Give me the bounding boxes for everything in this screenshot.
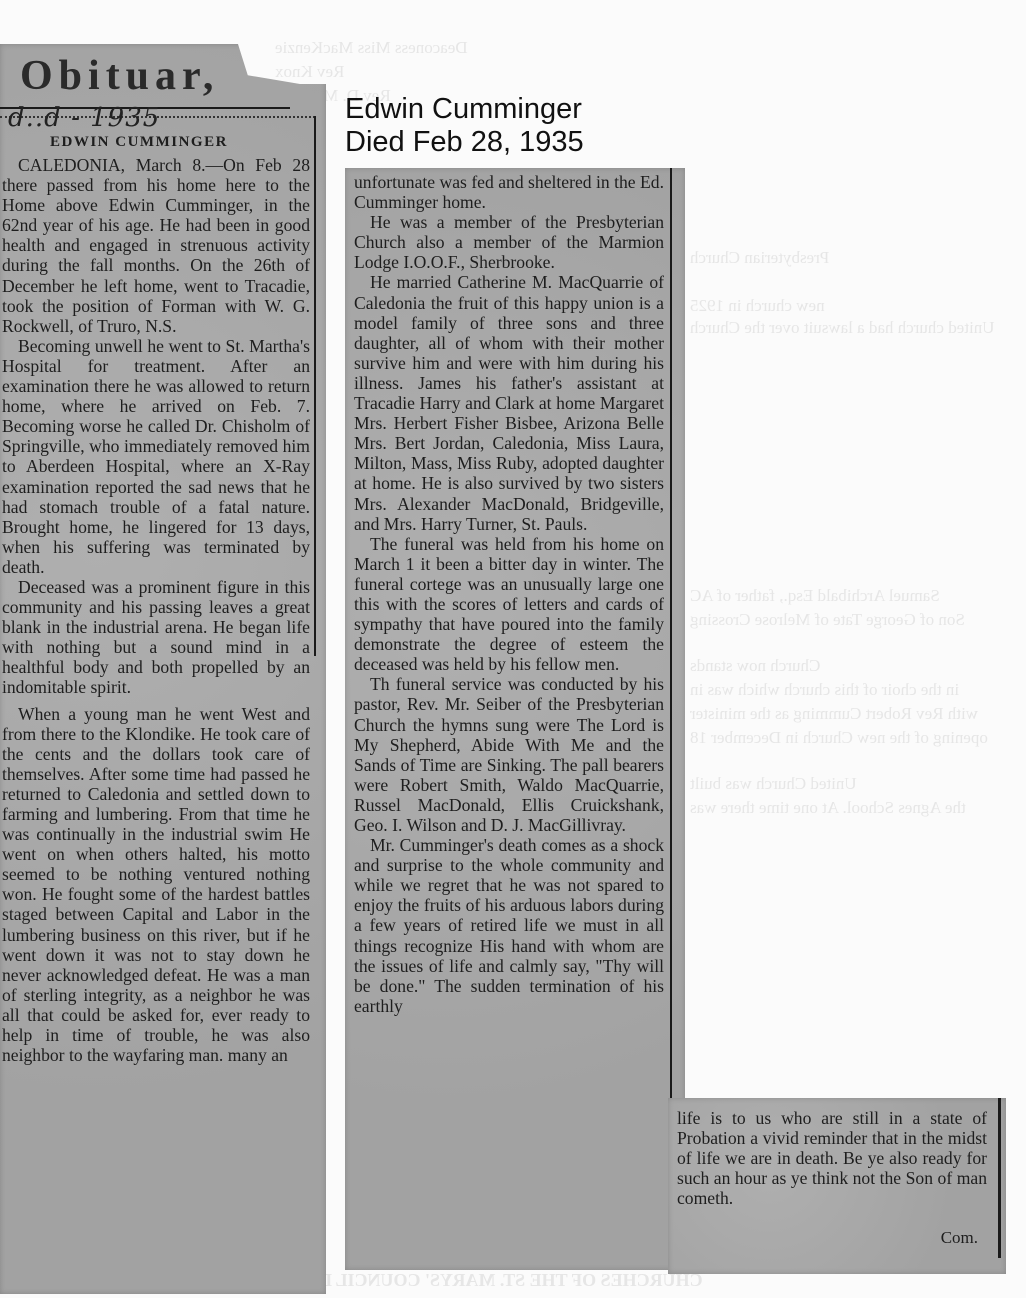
caption-name: Edwin Cumminger [345,93,584,126]
paragraph: The funeral was held from his home on Ma… [354,534,664,675]
paragraph: When a young man he went West and from t… [2,704,310,1066]
column-rule [670,168,672,1238]
bleedthrough-text: Presbyterian Church [690,248,829,268]
column-rule [314,116,316,656]
bleedthrough-text: United church had a lawsuit over the Chu… [690,318,995,338]
bleedthrough-text: Son of George Tate of Melrose Crossing [690,610,965,630]
signoff: Com. [941,1228,978,1248]
bleedthrough-text: opening of the new Church in December 18 [690,728,988,748]
bleedthrough-text: Samuel Archibald Esq., father of AC [690,586,940,606]
paragraph: Mr. Cumminger's death comes as a shock a… [354,835,664,1016]
paragraph: Becoming unwell he went to St. Martha's … [2,336,310,577]
headline: EDWIN CUMMINGER [50,134,228,151]
column-3: life is to us who are still in a state o… [677,1108,987,1208]
bleedthrough-text: Rev Knox [275,62,344,82]
paragraph: life is to us who are still in a state o… [677,1108,987,1208]
column-rule [998,1098,1001,1258]
caption: Edwin Cumminger Died Feb 28, 1935 [345,93,584,159]
bleedthrough-text: Church now stands [690,656,820,676]
bleedthrough-text: with Rev Robert Cumming as the minister [690,704,978,724]
paragraph: He was a member of the Presbyterian Chur… [354,212,664,272]
bleedthrough-text: United Church was built [690,774,857,794]
masthead: Obituar, [20,52,219,100]
bleedthrough-text: Deaconess Miss MacKenzie [275,38,468,58]
bleedthrough-text: the Agnes School. At one time there was [690,798,966,818]
handwritten-date: d..d - 1935 [8,103,160,133]
bleedthrough-text: new church in 1925 [690,296,825,316]
bleedthrough-text: in the choir of this church which was in [690,680,959,700]
paragraph: Deceased was a prominent figure in this … [2,577,310,698]
paragraph: He married Catherine M. MacQuarrie of Ca… [354,272,664,533]
paragraph: unfortunate was fed and sheltered in the… [354,172,664,212]
paragraph: CALEDONIA, March 8.—On Feb 28 there pass… [2,155,310,336]
paragraph: Th funeral service was conducted by his … [354,674,664,835]
caption-death-date: Died Feb 28, 1935 [345,126,584,159]
column-1: CALEDONIA, March 8.—On Feb 28 there pass… [2,155,310,1065]
column-2: unfortunate was fed and sheltered in the… [354,172,664,1016]
